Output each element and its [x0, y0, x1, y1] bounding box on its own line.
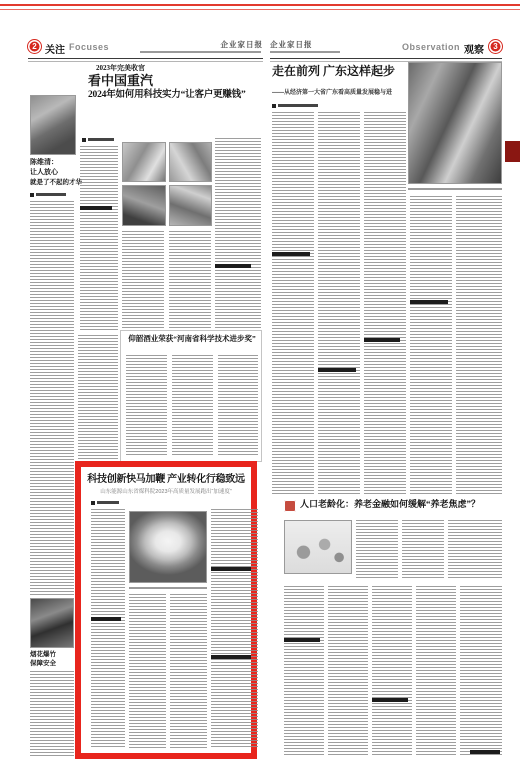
- header-rule-right: [270, 58, 502, 59]
- highlight-subtitle: 山东能源山东省煤科院2023年高质量发展跑出“加速度”: [83, 489, 249, 495]
- city-photo: [408, 62, 502, 184]
- rail-photo-caption-1: 烟花爆竹: [30, 651, 56, 658]
- text-column: [284, 586, 324, 756]
- rail-photo-caption-2: 保障安全: [30, 660, 56, 667]
- text-column: [80, 146, 118, 330]
- text-column: [30, 671, 74, 756]
- text-column: [456, 196, 502, 494]
- right-lead-headline: 走在前列 广东这样起步: [272, 65, 406, 78]
- text-column: [328, 586, 368, 756]
- text-column: [170, 594, 207, 749]
- subhead-bar: [272, 252, 310, 256]
- lead-headline-2: 2024年如何用科技实力“让客户更赚钱”: [88, 90, 263, 100]
- subhead-bar: [211, 567, 251, 571]
- city-photo-caption: [408, 188, 502, 190]
- text-column: [129, 594, 166, 749]
- text-column: [91, 509, 125, 749]
- photo-caption-line: [129, 587, 207, 589]
- subhead-bar: [410, 300, 448, 304]
- rail-byline: [36, 193, 66, 196]
- newspaper-scan: 2 关注 Focuses 企业家日报 2023年完美收官 看中国重汽 2024年…: [0, 0, 520, 767]
- masthead-info-line-left: [140, 51, 261, 53]
- text-column: [410, 196, 452, 494]
- text-column: [172, 355, 213, 456]
- rail-text-column: [30, 201, 74, 595]
- section-title-en-right: Observation: [402, 42, 460, 52]
- highlight-byline: [97, 501, 119, 504]
- page-number-badge-left: 2: [28, 40, 41, 53]
- text-column: [122, 231, 164, 328]
- text-column: [402, 520, 444, 580]
- section-title-en-left: Focuses: [69, 42, 109, 52]
- text-column: [272, 112, 314, 494]
- text-column: [78, 335, 118, 459]
- rail-title-3: 就是了不起的才华: [30, 179, 82, 186]
- attribution-bar: [470, 750, 500, 754]
- section-title-cn-right: 观察: [464, 41, 484, 56]
- right-lead-subtitle: ——从经济第一大省广东看高质量发展稳与进: [272, 90, 406, 97]
- subhead-bar: [284, 638, 320, 642]
- left-page: 2 关注 Focuses 企业家日报 2023年完美收官 看中国重汽 2024年…: [28, 38, 263, 760]
- edge-bookmark-tab: [505, 141, 520, 162]
- rail-title-1: 陈维清：: [30, 159, 58, 167]
- subhead-bar: [80, 206, 112, 210]
- section-title-cn-left: 关注: [45, 41, 65, 56]
- text-column: [218, 355, 258, 456]
- text-column: [215, 138, 261, 330]
- subhead-bar: [215, 264, 251, 268]
- right-page: 企业家日报 Observation 观察 3 走在前列 广东这样起步 ——从经济…: [270, 38, 502, 760]
- cartoon-illustration: [284, 520, 352, 574]
- text-column: [318, 112, 360, 494]
- masthead-info-line-right: [270, 51, 340, 53]
- right-lead-byline: [278, 104, 318, 107]
- header-rule2-left: [28, 61, 263, 62]
- text-column: [126, 355, 167, 456]
- rail-title-2: 让人放心: [30, 169, 58, 177]
- subhead-bar: [211, 655, 251, 659]
- lead-kicker: 2023年完美收官: [96, 65, 145, 73]
- text-column: [416, 586, 456, 756]
- text-column: [356, 520, 398, 580]
- portrait-photo: [30, 95, 76, 155]
- masthead-left: 企业家日报: [221, 39, 264, 50]
- truck-photo-4: [169, 185, 212, 226]
- masthead-right: 企业家日报: [270, 39, 313, 50]
- tunnel-photo: [129, 511, 207, 583]
- top-red-rule-2: [0, 9, 520, 10]
- highlight-annotation-box: 科技创新快马加鞭 产业转化行稳致远 山东能源山东省煤科院2023年高质量发展跑出…: [75, 461, 257, 759]
- subhead-bar: [91, 617, 121, 621]
- article-stamp-icon: [284, 500, 296, 512]
- header-rule-left: [28, 58, 263, 59]
- lead-byline: [88, 138, 114, 141]
- page-number-badge-right: 3: [489, 40, 502, 53]
- subhead-bar: [364, 338, 400, 342]
- truck-photo-1: [122, 142, 166, 182]
- subhead-bar: [318, 368, 356, 372]
- lead-headline-1: 看中国重汽: [88, 74, 153, 88]
- mid-article-headline: 仰韶酒业荣获“河南省科学技术进步奖”: [124, 335, 260, 343]
- text-column: [169, 231, 211, 328]
- text-column: [211, 509, 258, 749]
- text-column: [364, 112, 406, 494]
- subhead-bar: [372, 698, 408, 702]
- text-column: [372, 586, 412, 756]
- text-column: [448, 520, 502, 580]
- mid-article-box: 仰韶酒业荣获“河南省科学技术进步奖”: [120, 330, 262, 462]
- highlight-headline: 科技创新快马加鞭 产业转化行稳致远: [83, 474, 249, 485]
- text-column: [460, 586, 502, 756]
- bottom-article-headline: 人口老龄化：养老金融如何缓解“养老焦虑”？: [300, 500, 500, 510]
- top-red-rule-1: [0, 4, 520, 6]
- truck-photo-2: [169, 142, 212, 182]
- rail-bottom-photo: [30, 598, 74, 648]
- truck-photo-3: [122, 185, 166, 226]
